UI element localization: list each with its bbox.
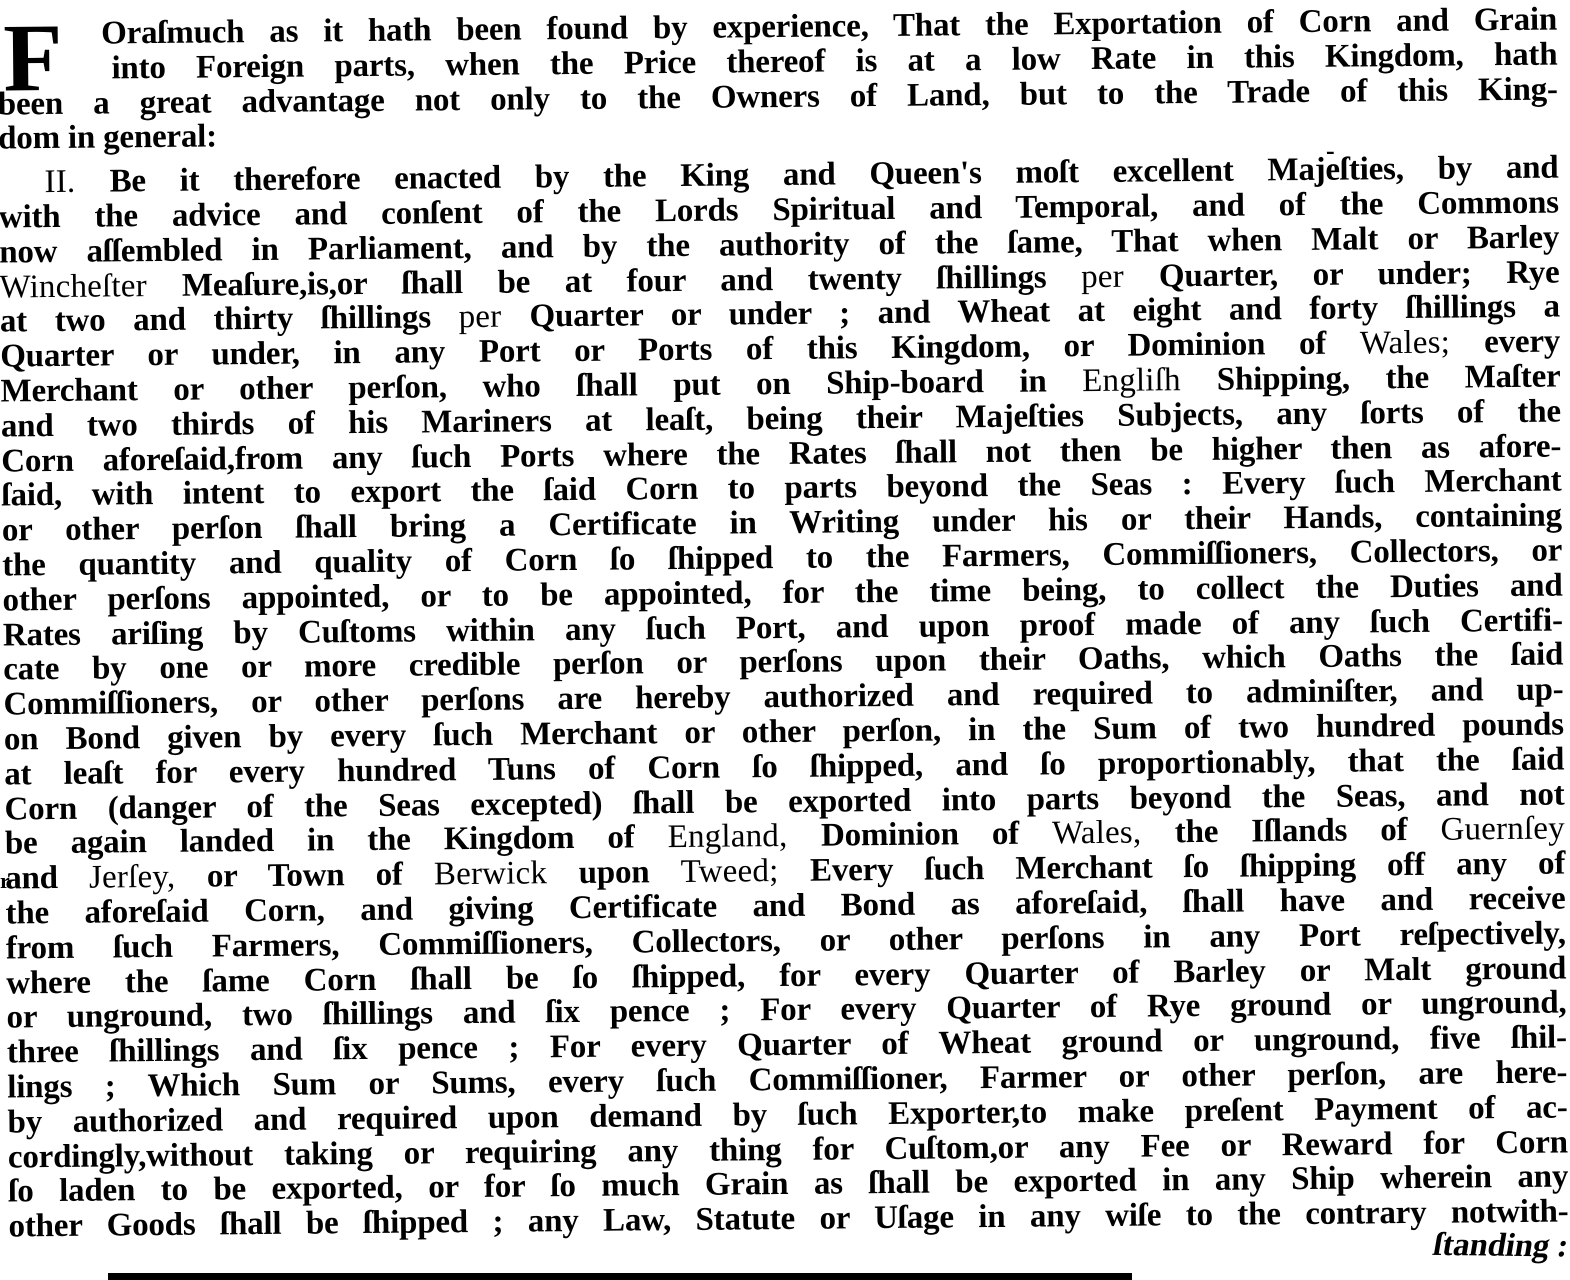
blackletter-text: Quarter, or under; Rye: [1159, 254, 1560, 294]
roman-text: II.: [44, 164, 109, 201]
roman-text: Wincheſter: [0, 267, 182, 305]
blackletter-text: at two and thirty ſhillings: [0, 299, 459, 339]
statute-text-block: Oraſmuch as it hath been found by experi…: [0, 3, 1569, 1280]
blackletter-text: Dominion of: [821, 816, 1052, 854]
roman-text: per: [1081, 258, 1159, 295]
roman-text: Engliſh: [1082, 362, 1217, 399]
roman-text: Tweed;: [680, 853, 810, 890]
blackletter-text: Shipping, the Maſter: [1217, 358, 1561, 397]
blackletter-text: or Town of: [207, 856, 434, 894]
blackletter-text: ſtanding :: [1431, 1227, 1570, 1265]
blackletter-text: dom in general:: [0, 119, 217, 157]
roman-text: Guernſey: [1440, 811, 1565, 848]
roman-text: Wales,: [1052, 815, 1175, 852]
blackletter-text: and: [5, 860, 89, 897]
roman-text: England,: [667, 818, 821, 855]
blackletter-text: the Iſlands of: [1175, 812, 1441, 851]
roman-text: Jerſey,: [89, 859, 207, 896]
roman-text: Wales;: [1360, 324, 1485, 361]
stray-ink-mark: r: [0, 868, 10, 894]
blackletter-text: every: [1484, 324, 1560, 361]
roman-text: Berwick: [434, 855, 579, 892]
stray-dash-mark: -: [1326, 136, 1335, 166]
roman-text: per: [458, 299, 529, 336]
document-page: F Oraſmuch as it hath been found by expe…: [0, 3, 1569, 1280]
blackletter-text: upon: [579, 854, 681, 891]
scan-edge-artifact: [108, 1273, 1132, 1280]
